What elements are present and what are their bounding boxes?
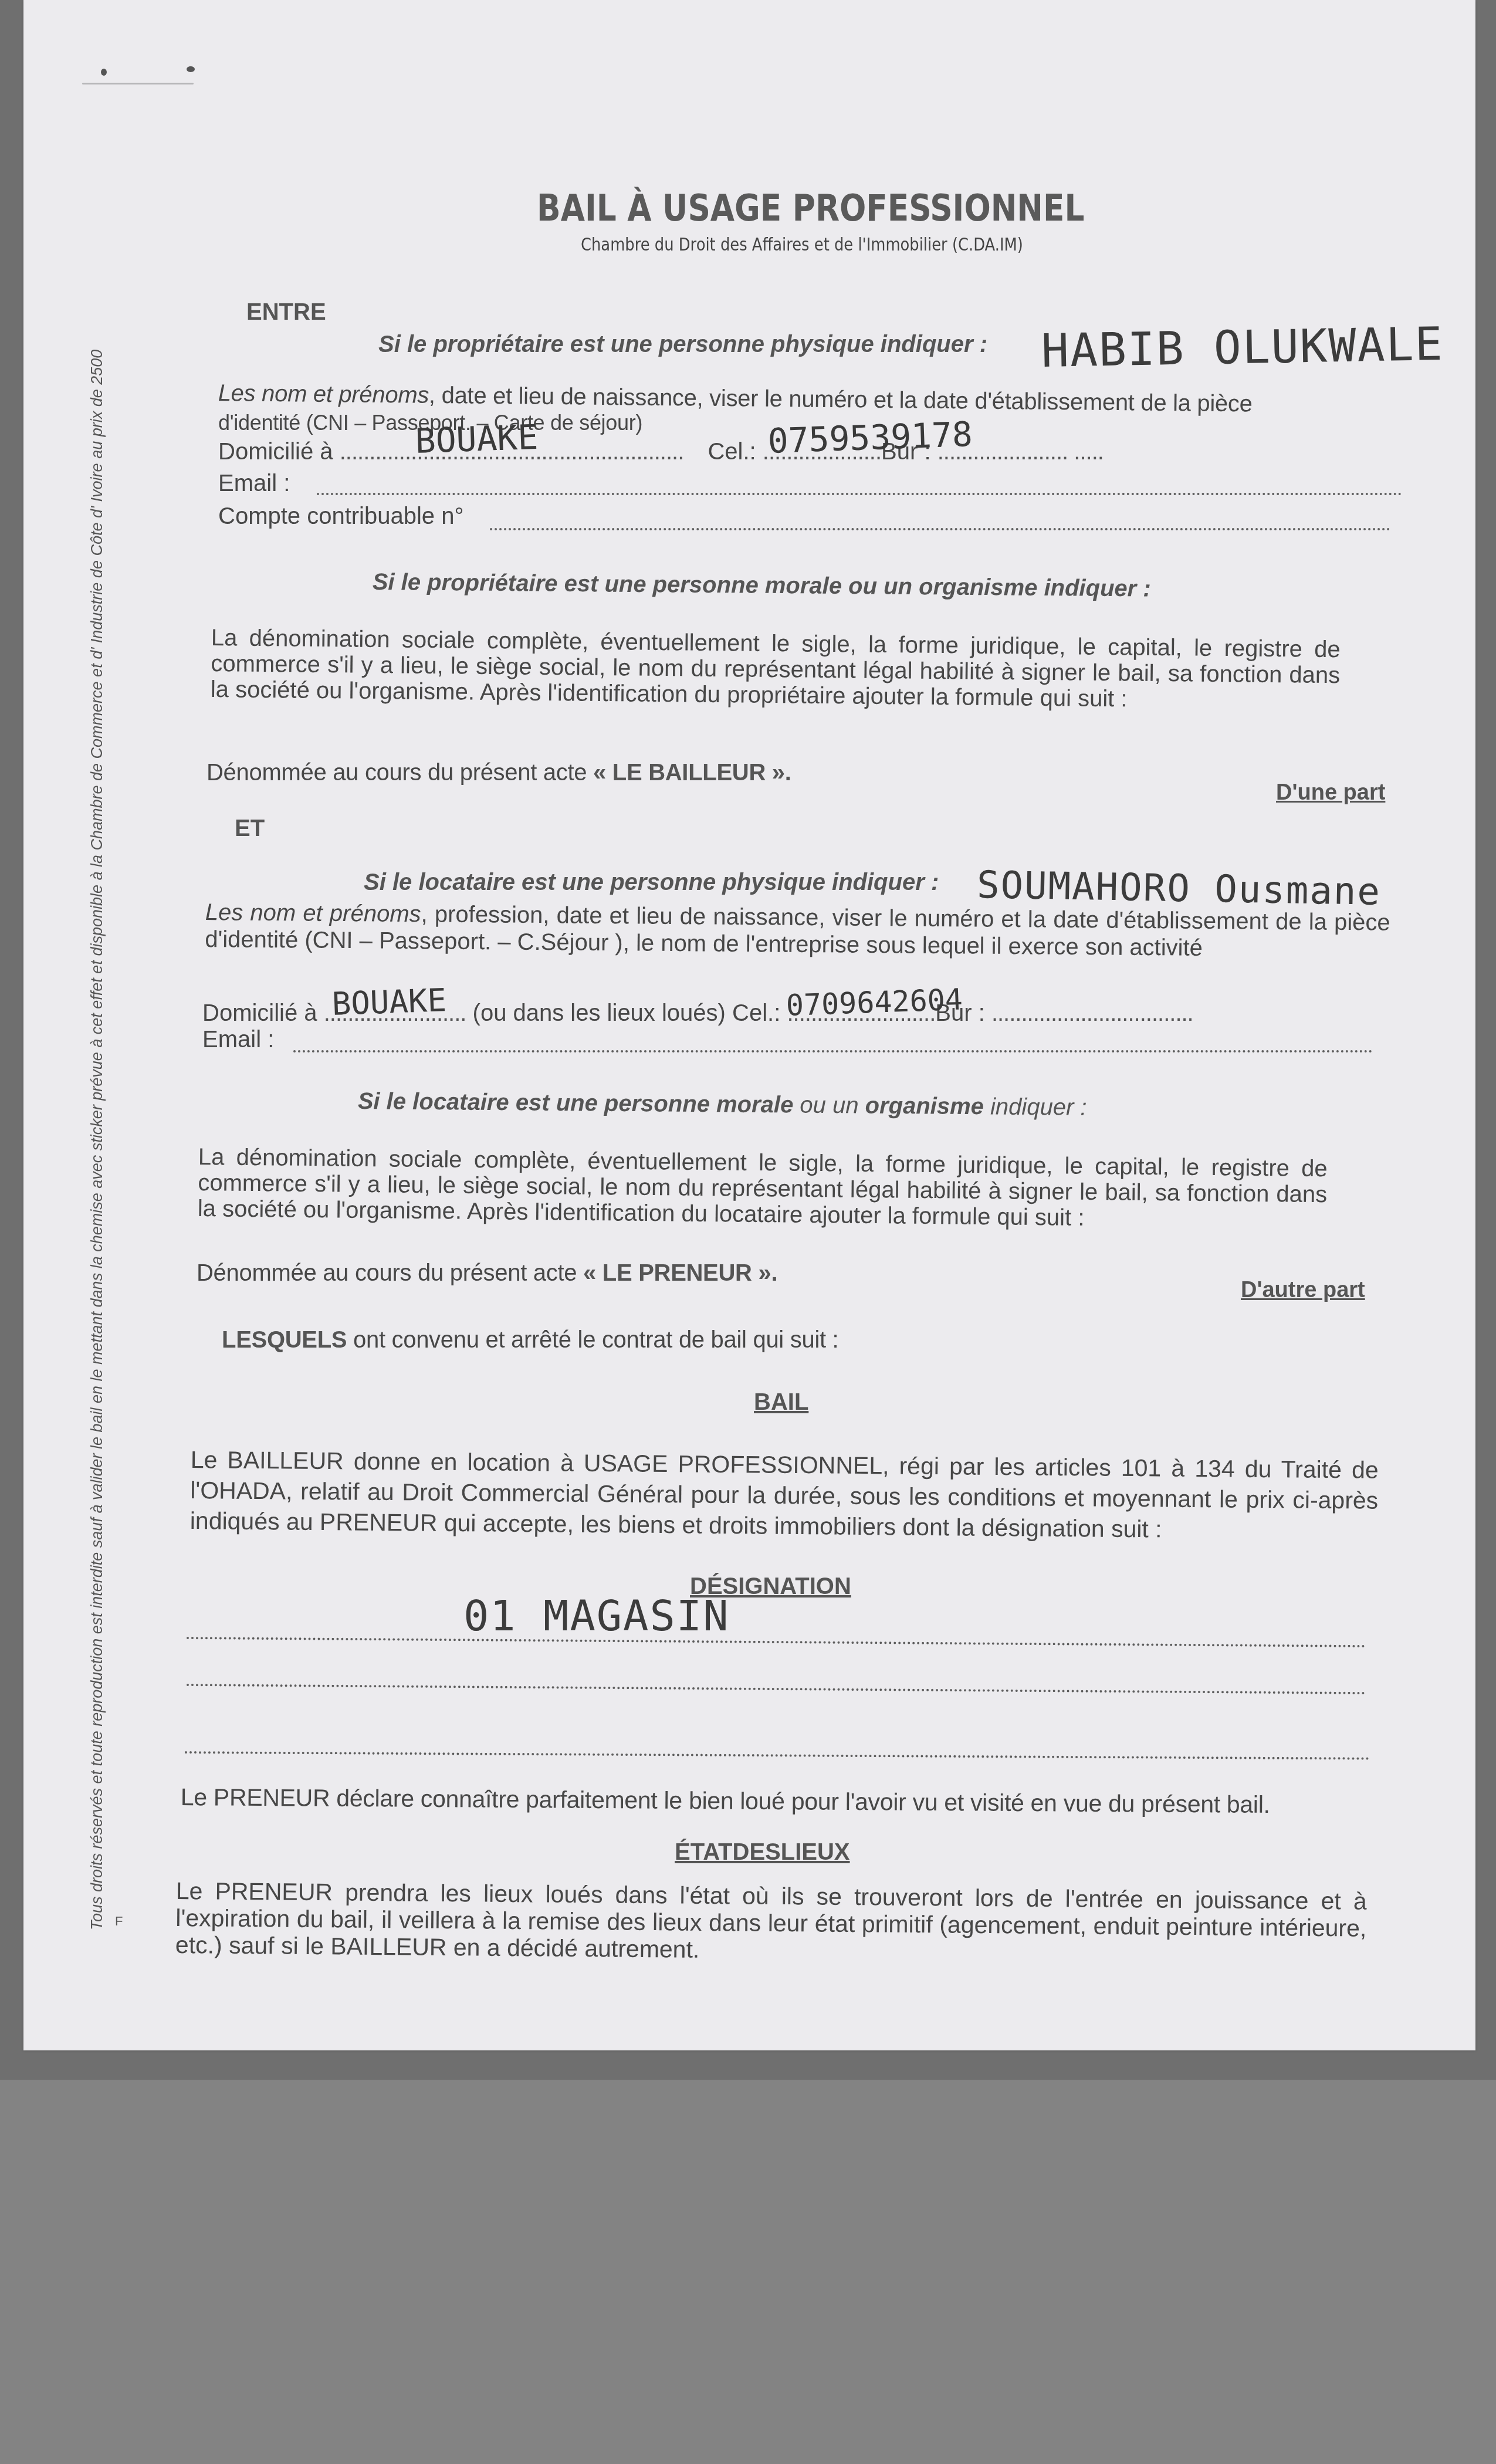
cel-label: Cel.: [708, 439, 756, 465]
locataire-morale-instructions: La dénomination sociale complète, éventu… [198, 1144, 1328, 1233]
domicile-value: BOUAKE [331, 981, 447, 1023]
heading-part: morale [716, 1091, 794, 1118]
document-title: BAIL À USAGE PROFESSIONNEL [537, 187, 1084, 229]
compte-label: Compte contribuable n° [218, 503, 463, 529]
proprietaire-email-field[interactable] [317, 493, 1402, 495]
lesquels-rest: ont convenu et arrêté le contrat de bail… [347, 1327, 838, 1353]
d-autre-part-label: D'autre part [1241, 1278, 1365, 1303]
proprietaire-compte-row: Compte contribuable n° [218, 503, 463, 530]
designation-value: 01 MAGASIN [463, 1591, 729, 1640]
denomination-prefix: Dénommée au cours du présent acte [207, 760, 587, 786]
cel-value: 0709642604 [786, 983, 963, 1023]
bur-field[interactable]: .................................. [991, 1000, 1193, 1026]
heading-part: Si le [358, 1088, 413, 1115]
heading-part: indiquer : [984, 1094, 1087, 1121]
side-notice: Tous droits réservés et toute reproducti… [88, 350, 106, 1930]
et-label: ET [235, 815, 265, 842]
locataire-email-row: Email : [202, 1027, 274, 1053]
heading-part: locataire [412, 1089, 509, 1115]
proprietaire-compte-field[interactable] [490, 528, 1390, 530]
bail-heading: BAIL [754, 1389, 808, 1416]
domicile-value: BOUAKE [414, 417, 539, 461]
lieux-cel-label: (ou dans les lieux loués) Cel.: [473, 1000, 781, 1026]
heading-part: ou un [793, 1092, 865, 1118]
locataire-denomination: Dénommée au cours du présent acte « LE P… [197, 1260, 777, 1287]
instructions-italic: Les nom et prénoms [205, 899, 421, 927]
domicile-label: Domicilié à [218, 439, 333, 465]
lesquels-statement: LESQUELS ont convenu et arrêté le contra… [222, 1327, 838, 1353]
locataire-physique-instructions: Les nom et prénoms, profession, date et … [205, 899, 1390, 963]
entre-label: ENTRE [246, 299, 326, 326]
domicile-field[interactable]: ........................BOUAKE [324, 1000, 466, 1026]
denomination-prefix: Dénommée au cours du présent acte [197, 1260, 577, 1286]
instructions-italic: Les nom et prénoms [218, 380, 429, 408]
locataire-email-field[interactable] [293, 1050, 1373, 1052]
proprietaire-domicile-row: Domicilié à ............................… [218, 439, 1104, 465]
locataire-physique-heading: Si le locataire est une personne physiqu… [364, 869, 939, 896]
side-mark: F [115, 1914, 123, 1929]
proprietaire-physique-heading: Si le propriétaire est une personne phys… [378, 331, 987, 358]
bail-text: Le BAILLEUR donne en location à USAGE PR… [190, 1444, 1379, 1546]
domicile-field[interactable]: ........................................… [340, 439, 684, 465]
proprietaire-email-row: Email : [218, 471, 290, 497]
denomination-role: « LE PRENEUR ». [583, 1260, 777, 1286]
etat-des-lieux-heading: ÉTATDESLIEUX [675, 1839, 850, 1866]
locataire-domicile-row: Domicilié à ........................BOUA… [202, 1000, 1193, 1027]
proprietaire-morale-instructions: La dénomination sociale complète, éventu… [211, 625, 1341, 714]
proprietaire-name-handwritten[interactable]: HABIB OLUKWALE [1041, 318, 1444, 378]
etat-des-lieux-text: Le PRENEUR prendra les lieux loués dans … [175, 1877, 1367, 1969]
heading-part: est une personne [509, 1089, 717, 1117]
cel-field[interactable]: ....................0759539178 [763, 439, 881, 465]
lesquels-bold: LESQUELS [222, 1327, 347, 1353]
email-label: Email : [202, 1027, 274, 1052]
email-label: Email : [218, 471, 290, 496]
cel-field[interactable]: .........................0709642604 [787, 1000, 935, 1026]
d-une-part-label: D'une part [1276, 780, 1385, 805]
domicile-label: Domicilié à [202, 1000, 317, 1026]
document-subtitle: Chambre du Droit des Affaires et de l'Im… [581, 235, 1023, 255]
denomination-role: « LE BAILLEUR ». [593, 760, 791, 786]
proprietaire-denomination: Dénommée au cours du présent acte « LE B… [207, 760, 791, 786]
punch-hole-marks [82, 62, 194, 97]
cel-value: 0759539178 [767, 414, 973, 461]
heading-part: organisme [865, 1093, 984, 1120]
